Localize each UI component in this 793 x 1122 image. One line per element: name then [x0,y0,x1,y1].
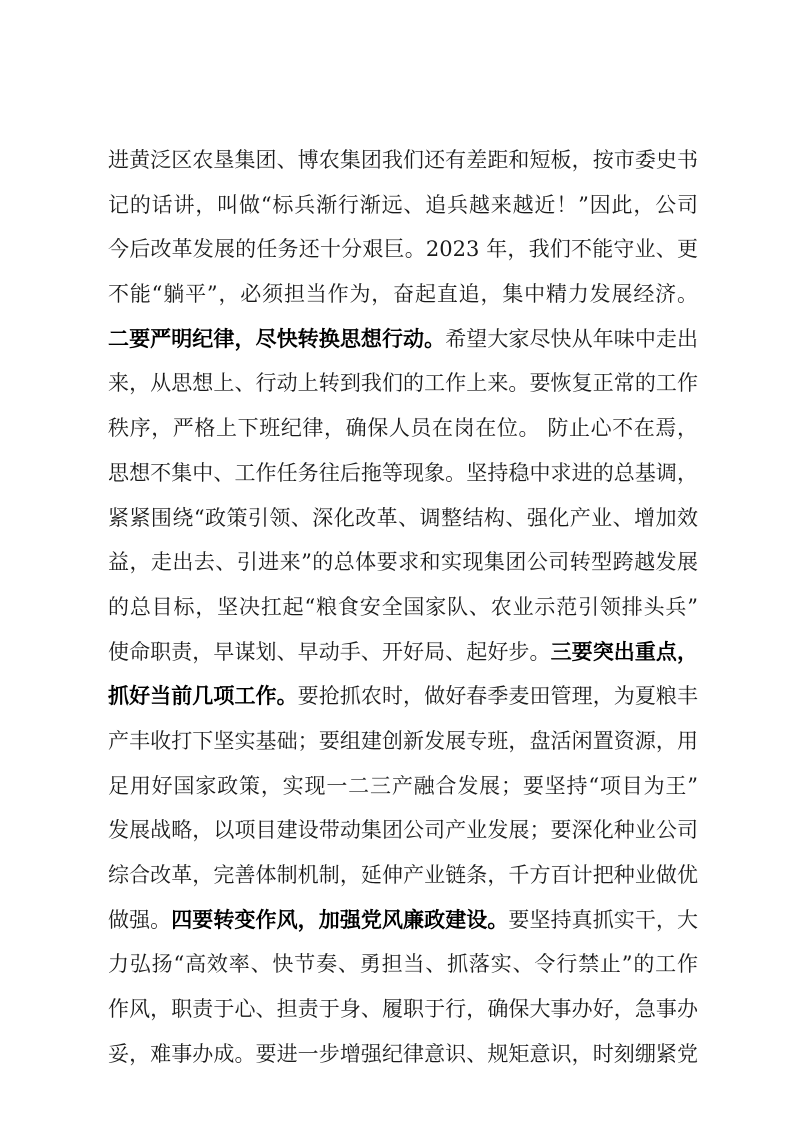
text-segment: 今后改革发展的任务还十分艰巨。2023 年，我们不能守业、更 [108,237,698,261]
text-segment: 来，从思想上、行动上转到我们的工作上来。要恢复正常的工作 [108,371,698,395]
text-segment: 发展战略，以项目建设带动集团公司产业发展；要深化种业公司 [108,818,698,842]
text-line: 的总目标，坚决扛起“粮食安全国家队、农业示范引领排头兵” [108,585,698,630]
text-segment: 秩序，严格上下班纪律，确保人员在岗在位。 防止心不在焉， [108,416,698,440]
text-line: 益，走出去、引进来”的总体要求和实现集团公司转型跨越发展 [108,540,698,585]
text-segment: 足用好国家政策，实现一二三产融合发展；要坚持“项目为王” [108,774,698,798]
text-segment: 要抢抓农时，做好春季麦田管理，为夏粮丰 [298,684,698,708]
text-line: 足用好国家政策，实现一二三产融合发展；要坚持“项目为王” [108,764,698,809]
text-segment: 的总目标，坚决扛起“粮食安全国家队、农业示范引领排头兵” [108,595,698,619]
document-page: 进黄泛区农垦集团、博农集团我们还有差距和短板，按市委史书 记的话讲，叫做“标兵渐… [0,0,793,1122]
text-segment: 紧紧围绕“政策引领、深化改革、调整结构、强化产业、增加效 [108,506,698,530]
text-segment: 思想不集中、工作任务往后拖等现象。坚持稳中求进的总基调， [108,461,698,485]
section-heading-2: 二要严明纪律，尽快转换思想行动。 [108,327,445,351]
text-segment: 进黄泛区农垦集团、博农集团我们还有差距和短板，按市委史书 [108,148,698,172]
text-line: 秩序，严格上下班纪律，确保人员在岗在位。 防止心不在焉， [108,406,698,451]
text-segment: 做强。 [108,908,171,932]
text-segment: 综合改革，完善体制机制，延伸产业链条，千方百计把种业做优 [108,863,698,887]
text-segment: 妥，难事办成。要进一步增强纪律意识、规矩意识，时刻绷紧党 [108,1042,698,1066]
text-line: 妥，难事办成。要进一步增强纪律意识、规矩意识，时刻绷紧党 [108,1032,698,1077]
text-segment: 产丰收打下坚实基础；要组建创新发展专班，盘活闲置资源，用 [108,729,698,753]
text-line: 来，从思想上、行动上转到我们的工作上来。要恢复正常的工作 [108,361,698,406]
text-line: 力弘扬“高效率、快节奏、勇担当、抓落实、令行禁止”的工作 [108,942,698,987]
text-line: 作风，职责于心、担责于身、履职于行，确保大事办好，急事办 [108,987,698,1032]
text-segment: 使命职责，早谋划、早动手、开好局、起好步。 [108,640,551,664]
text-line: 做强。四要转变作风，加强党风廉政建设。要坚持真抓实干，大 [108,898,698,943]
text-segment: 希望大家尽快从年味中走出 [445,327,698,351]
text-segment: 要坚持真抓实干，大 [508,908,698,932]
body-paragraph: 进黄泛区农垦集团、博农集团我们还有差距和短板，按市委史书 记的话讲，叫做“标兵渐… [108,138,698,1076]
text-line: 产丰收打下坚实基础；要组建创新发展专班，盘活闲置资源，用 [108,719,698,764]
text-segment: 力弘扬“高效率、快节奏、勇担当、抓落实、令行禁止”的工作 [108,952,698,976]
text-segment: 益，走出去、引进来”的总体要求和实现集团公司转型跨越发展 [108,550,698,574]
section-heading-4: 四要转变作风，加强党风廉政建设。 [171,908,508,932]
text-line: 进黄泛区农垦集团、博农集团我们还有差距和短板，按市委史书 [108,138,698,183]
text-line: 紧紧围绕“政策引领、深化改革、调整结构、强化产业、增加效 [108,496,698,541]
text-segment: 作风，职责于心、担责于身、履职于行，确保大事办好，急事办 [108,997,698,1021]
text-line: 二要严明纪律，尽快转换思想行动。希望大家尽快从年味中走出 [108,317,698,362]
text-line: 综合改革，完善体制机制，延伸产业链条，千方百计把种业做优 [108,853,698,898]
text-line: 抓好当前几项工作。要抢抓农时，做好春季麦田管理，为夏粮丰 [108,674,698,719]
text-line: 思想不集中、工作任务往后拖等现象。坚持稳中求进的总基调， [108,451,698,496]
section-heading-3: 三要突出重点， [551,640,698,664]
section-heading-3-cont: 抓好当前几项工作。 [108,684,298,708]
text-line: 记的话讲，叫做“标兵渐行渐远、追兵越来越近！”因此，公司 [108,183,698,228]
text-line: 使命职责，早谋划、早动手、开好局、起好步。三要突出重点， [108,630,698,675]
text-line: 发展战略，以项目建设带动集团公司产业发展；要深化种业公司 [108,808,698,853]
text-segment: 记的话讲，叫做“标兵渐行渐远、追兵越来越近！”因此，公司 [108,193,698,217]
text-segment: 不能“躺平”，必须担当作为，奋起直追，集中精力发展经济。 [108,282,698,306]
text-line: 不能“躺平”，必须担当作为，奋起直追，集中精力发展经济。 [108,272,698,317]
text-line: 今后改革发展的任务还十分艰巨。2023 年，我们不能守业、更 [108,227,698,272]
